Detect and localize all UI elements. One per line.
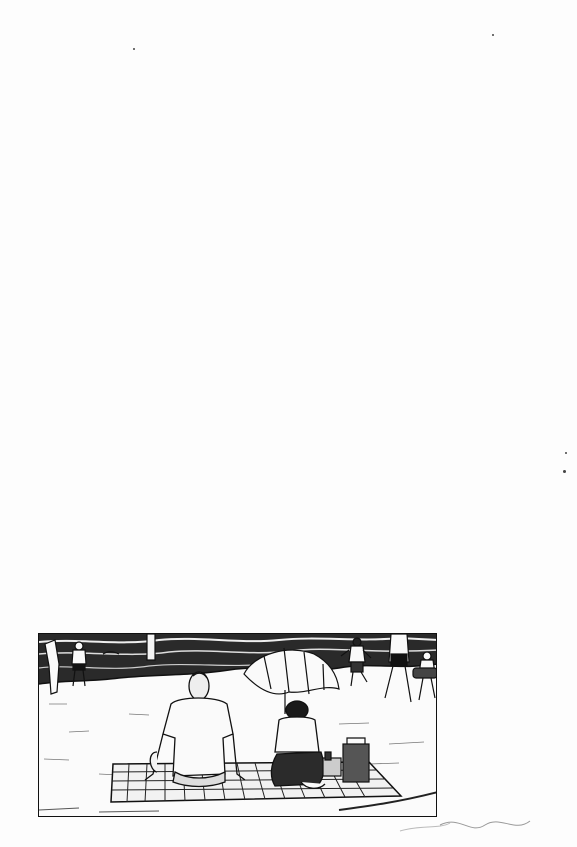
- woman-with-parasol: [271, 701, 325, 788]
- ink-speck: [565, 452, 567, 454]
- picnic-basket: [323, 738, 369, 782]
- ink-speck: [133, 48, 135, 50]
- manga-page: [0, 0, 577, 847]
- bleed-sand-marks: [300, 795, 577, 845]
- beach-panel: [38, 633, 437, 817]
- ocean-waves: [39, 634, 437, 684]
- ink-speck: [492, 34, 494, 36]
- beach-illustration: [39, 634, 437, 817]
- ink-speck: [563, 470, 566, 473]
